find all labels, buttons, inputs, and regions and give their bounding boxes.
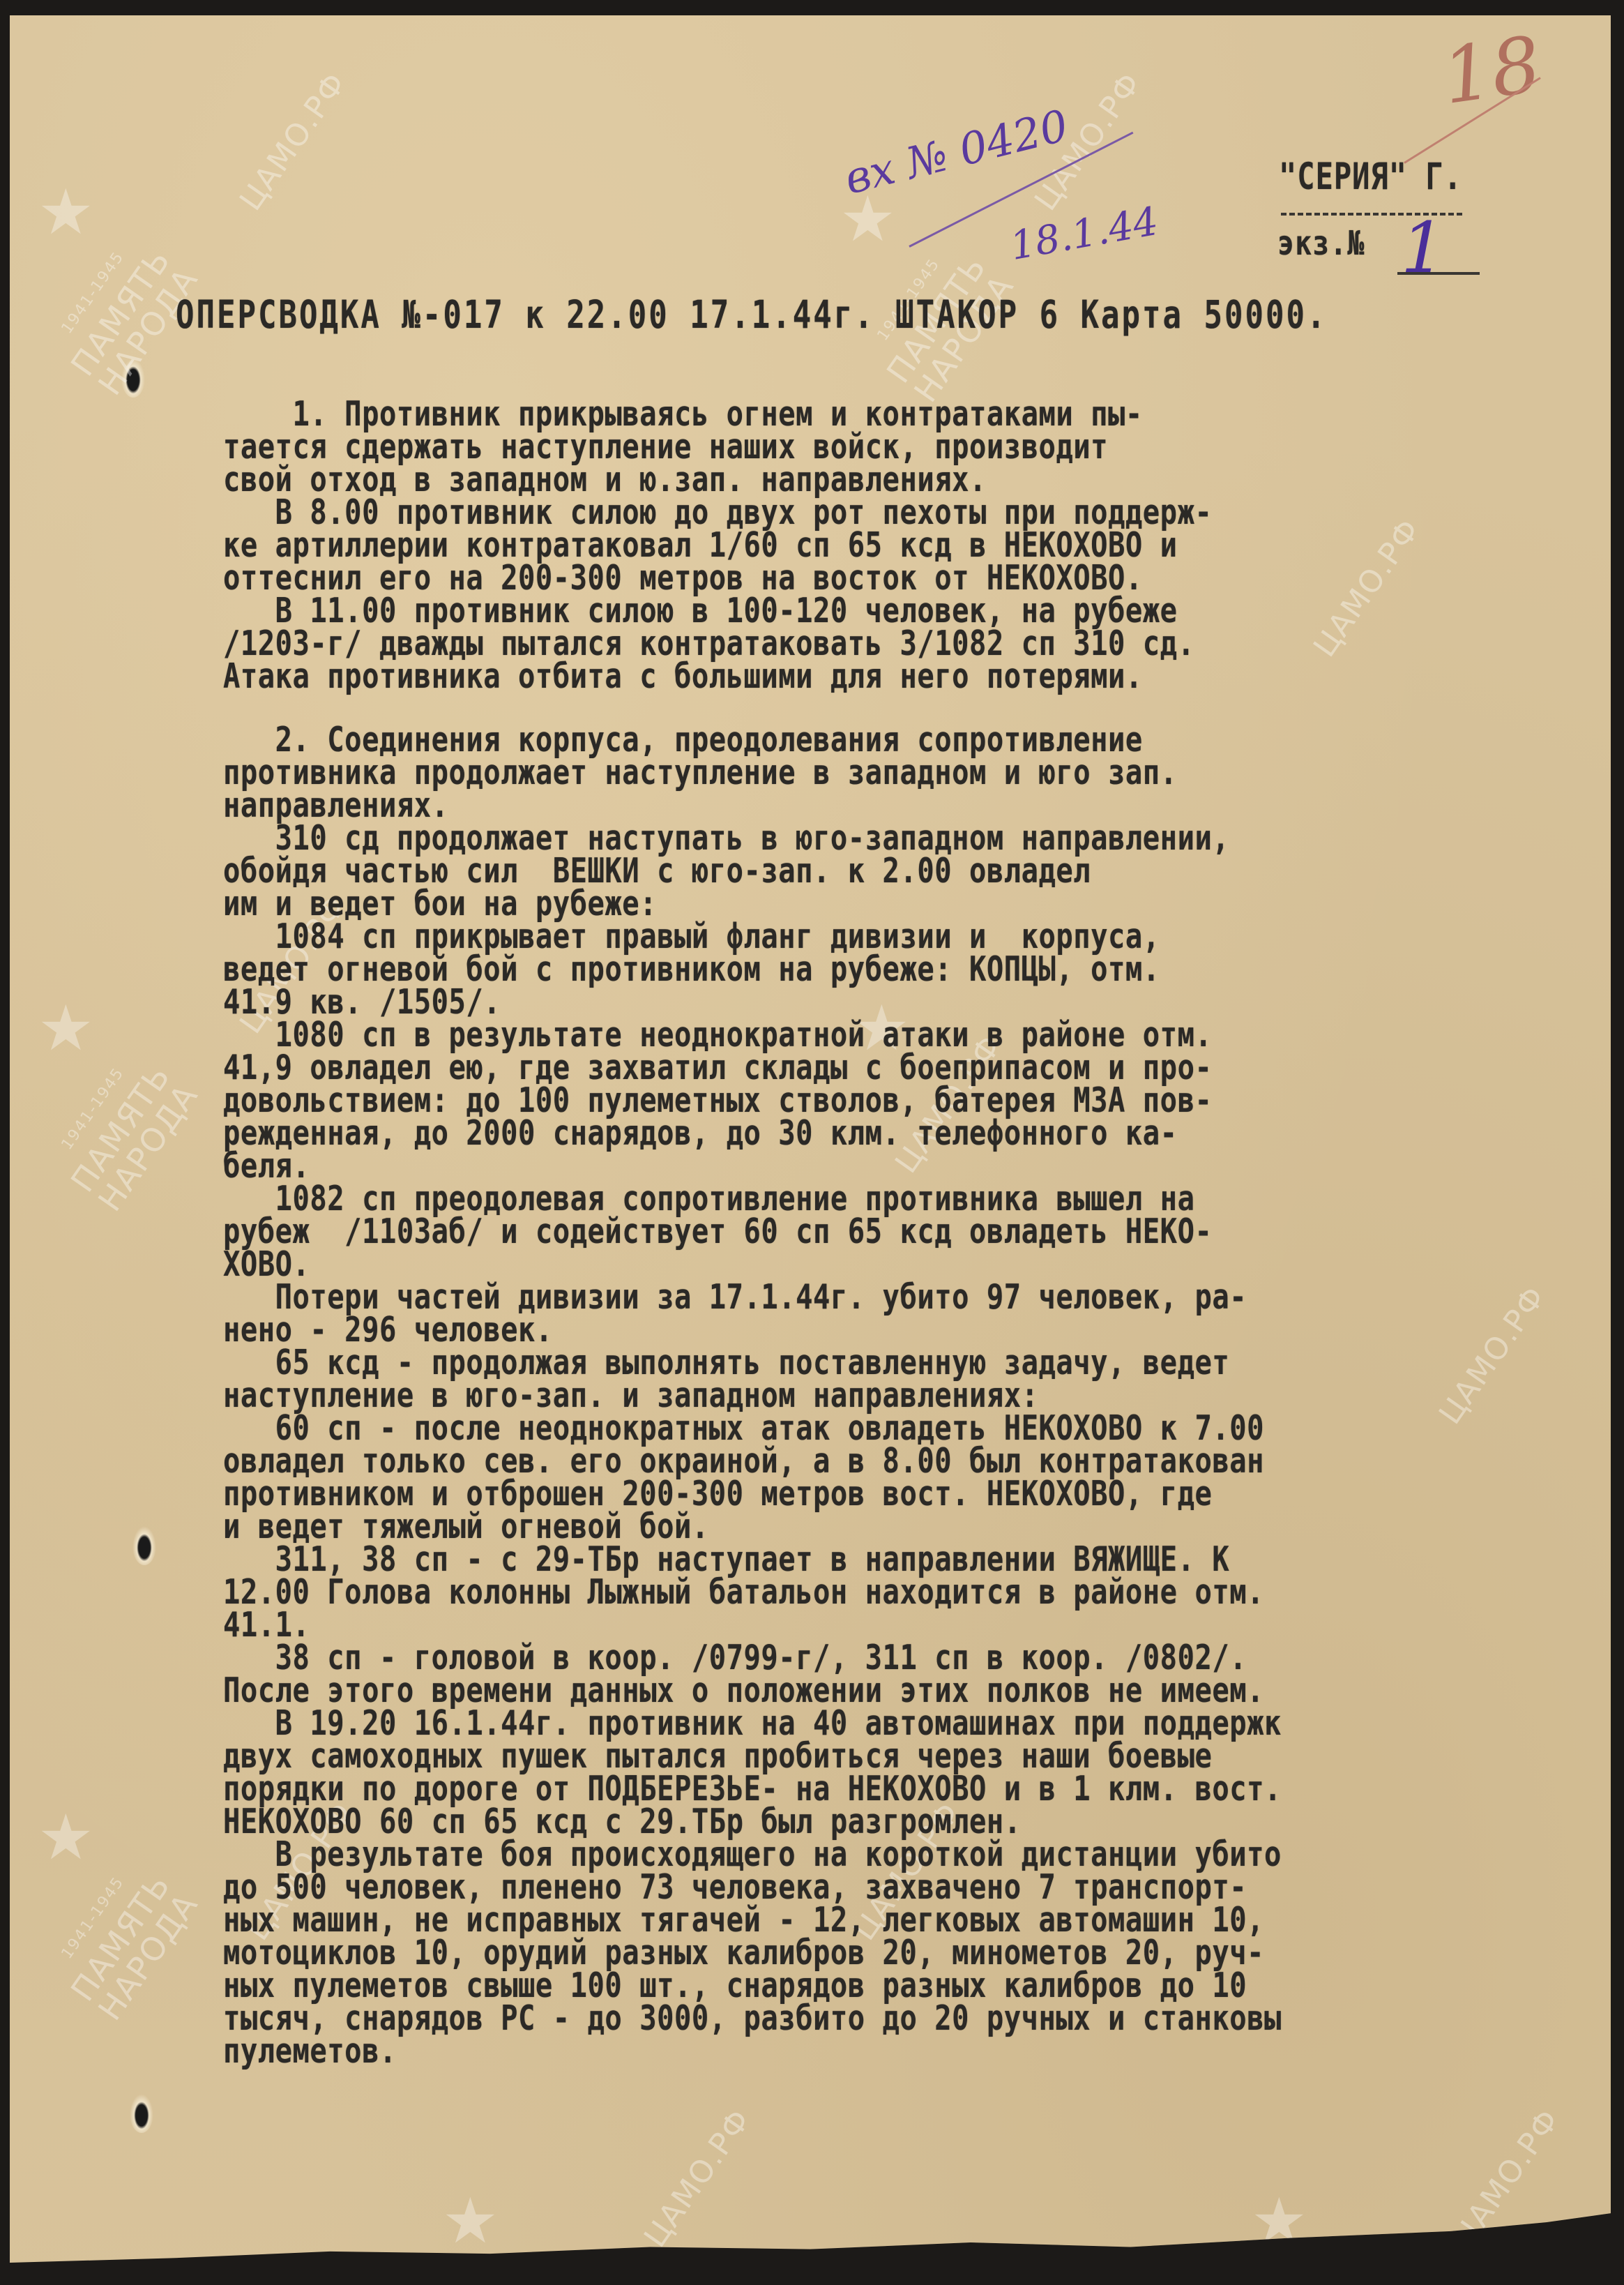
document-body: 1. Противник прикрываясь огнем и контрат… (223, 398, 1611, 2067)
text-line: пулеметов. (223, 2031, 1611, 2071)
archive-watermark: ЦАМО.РФ (637, 2102, 758, 2254)
star-watermark-icon: ★ (442, 2185, 499, 2258)
incoming-date-handwritten: 18.1.44 (1007, 199, 1162, 269)
copy-number-underline (1397, 272, 1480, 275)
paragraph-2: 2. Соединения корпуса, преодолевания соп… (223, 723, 1611, 2067)
document-page: ★ 1941-1945 ПАМЯТЬ НАРОДА ЦАМО.РФ ЦАМО.Р… (10, 15, 1611, 2263)
punch-hole (130, 2094, 153, 2133)
star-watermark-icon: ★ (1251, 2185, 1307, 2258)
memory-watermark: 1941-1945 ПАМЯТЬ НАРОДА (38, 1848, 204, 2026)
series-stamp: "СЕРИЯ" Г. (1279, 155, 1462, 197)
text-line: Атака противника отбита с большими для н… (223, 656, 1611, 696)
copy-number-handwritten: 1 (1401, 207, 1445, 289)
document-title: ОПЕРСВОДКА №-017 к 22.00 17.1.44г. ШТАКО… (176, 293, 1327, 338)
star-watermark-icon: ★ (38, 1801, 94, 1874)
star-watermark-icon: ★ (38, 176, 94, 249)
archive-watermark: ЦАМО.РФ (1446, 2102, 1567, 2254)
archive-watermark: ЦАМО.РФ (233, 66, 354, 217)
paragraph-1: 1. Противник прикрываясь огнем и контрат… (223, 398, 1611, 693)
star-watermark-icon: ★ (38, 992, 94, 1065)
copy-label: экз.№ (1277, 225, 1365, 263)
memory-watermark: 1941-1945 ПАМЯТЬ НАРОДА (38, 1039, 204, 1216)
punch-hole (132, 1526, 156, 1565)
